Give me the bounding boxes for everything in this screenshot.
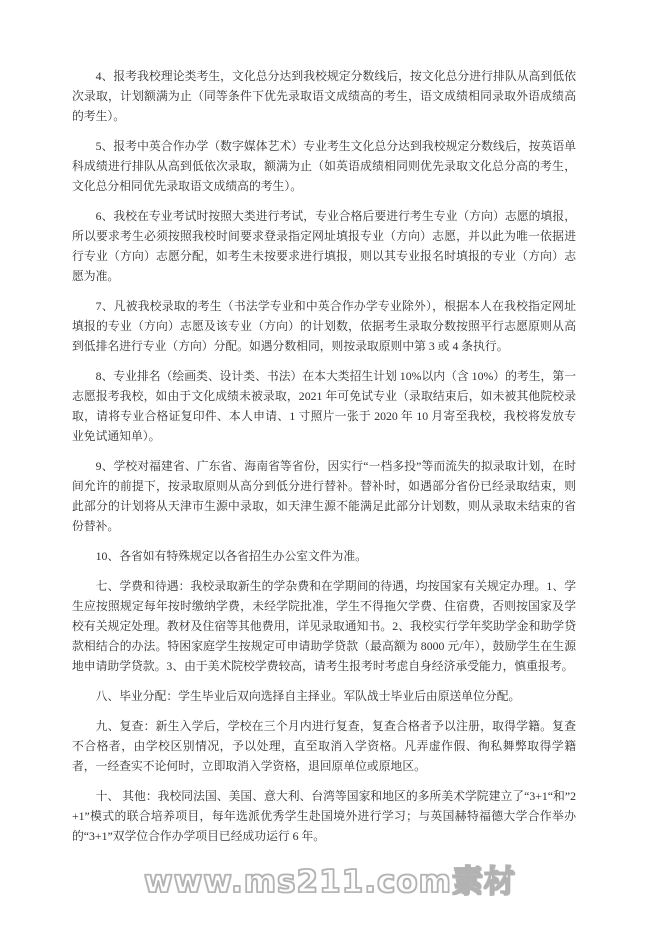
paragraph-item-10: 10、各省如有特殊规定以各省招生办公室文件为准。 bbox=[72, 546, 576, 566]
paragraph-item-7: 7、凡被我校录取的考生（书法学专业和中英合作办学专业除外），根据本人在我校指定网… bbox=[72, 296, 576, 356]
paragraph-item-8: 8、专业排名（绘画类、设计类、书法）在本大类招生计划 10%以内（含 10%）的… bbox=[72, 366, 576, 446]
document-body: 4、报考我校理论类考生，文化总分达到我校规定分数线后，按文化总分进行排队从高到低… bbox=[72, 66, 576, 846]
paragraph-item-5: 5、报考中英合作办学（数字媒体艺术）专业考生文化总分达到我校规定分数线后，按英语… bbox=[72, 136, 576, 196]
document-page: 4、报考我校理论类考生，文化总分达到我校规定分数线后，按文化总分进行排队从高到低… bbox=[0, 0, 660, 933]
paragraph-item-9: 9、学校对福建省、广东省、海南省等省份，因实行“一档多投”等而流失的拟录取计划，… bbox=[72, 456, 576, 536]
paragraph-section-reexamination: 九、复查：新生入学后，学校在三个月内进行复查，复查合格者予以注册，取得学籍。复查… bbox=[72, 716, 576, 776]
paragraph-section-other: 十、 其他：我校同法国、美国、意大利、台湾等国家和地区的多所美术学院建立了“3+… bbox=[72, 786, 576, 846]
paragraph-item-4: 4、报考我校理论类考生，文化总分达到我校规定分数线后，按文化总分进行排队从高到低… bbox=[72, 66, 576, 126]
paragraph-item-6: 6、我校在专业考试时按照大类进行考试，专业合格后要进行考生专业（方向）志愿的填报… bbox=[72, 206, 576, 286]
watermark: www.ms211.com素材 bbox=[0, 856, 660, 901]
paragraph-section-graduation: 八、毕业分配：学生毕业后双向选择自主择业。军队战士毕业后由原送单位分配。 bbox=[72, 686, 576, 706]
paragraph-section-tuition: 七、学费和待遇：我校录取新生的学杂费和在学期间的待遇，均按国家有关规定办理。1、… bbox=[72, 576, 576, 676]
